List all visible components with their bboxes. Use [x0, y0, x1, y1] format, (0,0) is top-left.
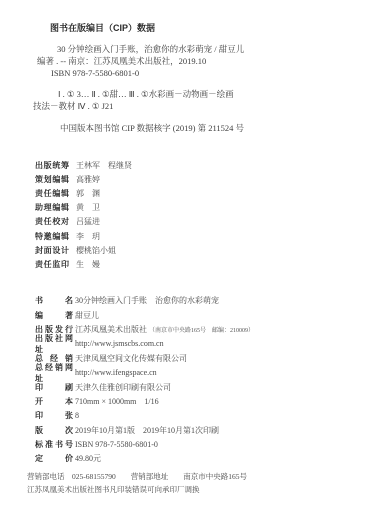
staff-value: 吕猛进 [76, 216, 100, 227]
cip-classification: Ⅰ . ① 3… Ⅱ . ①甜… Ⅲ . ①水彩画－动物画－绘画 技法－教材 Ⅳ… [35, 88, 357, 112]
book-imprint-info: 书名 30分钟绘画入门手账 治愈你的水彩萌宠 编著 甜豆儿 出版发行 江苏凤凰美… [35, 294, 357, 467]
book-info-row: 出版社网址 http://www.jsmscbs.com.cn [35, 337, 357, 351]
staff-value: 李 玥 [76, 231, 100, 242]
book-info-row: 印刷 天津久佳雅创印刷有限公司 [35, 380, 357, 394]
book-info-label: 出版社网址 [35, 333, 73, 355]
footer-exchange-line: 江苏凤凰美术出版社图书凡印装错误可向承印厂调换 [27, 484, 247, 497]
staff-row: 责任编辑 郭 渊 [35, 186, 357, 200]
copyright-page: 图书在版编目（CIP）数据 30 分钟绘画入门手账，治愈你的水彩萌宠 / 甜豆儿… [0, 0, 375, 517]
staff-label: 封面设计 [35, 245, 69, 256]
publisher-url: http://www.jsmscbs.com.cn [75, 339, 164, 348]
book-info-row: 编著 甜豆儿 [35, 308, 357, 322]
staff-row: 责任校对 吕猛进 [35, 215, 357, 229]
staff-value: 黄 卫 [76, 202, 100, 213]
book-info-label: 开本 [35, 396, 73, 407]
staff-label: 出版统筹 [35, 160, 69, 171]
cip-record-line: 编著 . -- 南京：江苏凤凰美术出版社，2019.10 [37, 55, 357, 67]
book-info-label: 印张 [35, 410, 73, 421]
book-info-value: 天津凤凰空间文化传媒有限公司 [75, 353, 187, 364]
book-info-row: 标准书号 ISBN 978-7-5580-6801-0 [35, 437, 357, 451]
book-info-row: 定价 49.80元 [35, 452, 357, 466]
staff-row: 策划编辑 高雅婷 [35, 172, 357, 186]
staff-value: 生 嫚 [76, 259, 100, 270]
book-info-value: 2019年10月第1版 2019年10月第1次印刷 [75, 425, 219, 436]
distributor-url: http://www.ifengspace.cn [75, 368, 157, 377]
staff-label: 责任校对 [35, 216, 69, 227]
book-info-label: 印刷 [35, 382, 73, 393]
staff-label: 特邀编辑 [35, 231, 69, 242]
staff-label: 责任编辑 [35, 188, 69, 199]
book-info-value: 8 [75, 411, 79, 420]
footer-marketing-line: 营销部电话 025-68155790 营销部地址 南京市中央路165号 [27, 471, 247, 484]
book-info-value: 甜豆儿 [75, 310, 99, 321]
cip-class-line: Ⅰ . ① 3… Ⅱ . ①甜… Ⅲ . ①水彩画－动物画－绘画 [58, 88, 357, 100]
isbn-value: ISBN 978-7-5580-6801-0 [75, 440, 158, 449]
staff-value: 郭 渊 [76, 188, 100, 199]
staff-row: 特邀编辑 李 玥 [35, 229, 357, 243]
staff-value: 樱桃馅小姐 [76, 245, 116, 256]
staff-label: 策划编辑 [35, 174, 69, 185]
staff-row: 出版统筹 王林军 程继贤 [35, 158, 357, 172]
book-info-row: 出版发行 江苏凤凰美术出版社 （南京市中央路165号 邮编：210009） [35, 322, 357, 336]
book-info-label: 版次 [35, 425, 73, 436]
cip-record: 30 分钟绘画入门手账，治愈你的水彩萌宠 / 甜豆儿 编著 . -- 南京：江苏… [35, 43, 357, 79]
staff-value: 王林军 程继贤 [76, 160, 132, 171]
book-info-label: 定价 [35, 453, 73, 464]
footer-notes: 营销部电话 025-68155790 营销部地址 南京市中央路165号 江苏凤凰… [27, 471, 247, 496]
book-info-row: 总经销网址 http://www.ifengspace.cn [35, 365, 357, 379]
publisher-address-note: （南京市中央路165号 邮编：210009） [149, 325, 254, 334]
book-info-label: 书名 [35, 295, 73, 306]
staff-row: 封面设计 樱桃馅小姐 [35, 243, 357, 257]
book-info-value: 30分钟绘画入门手账 治愈你的水彩萌宠 [75, 295, 219, 306]
book-info-value: 江苏凤凰美术出版社 [75, 324, 147, 335]
book-info-value: 天津久佳雅创印刷有限公司 [75, 382, 171, 393]
cip-record-line: ISBN 978-7-5580-6801-0 [51, 67, 357, 79]
book-info-row: 开本 710mm × 1000mm 1/16 [35, 394, 357, 408]
cip-registry-number: 中国版本图书馆 CIP 数据核字 (2019) 第 211524 号 [60, 122, 357, 134]
book-info-label: 编著 [35, 310, 73, 321]
staff-value: 高雅婷 [76, 174, 100, 185]
price-value: 49.80元 [75, 453, 101, 464]
staff-row: 助理编辑 黄 卫 [35, 201, 357, 215]
cip-heading: 图书在版编目（CIP）数据 [50, 22, 357, 34]
cip-record-line: 30 分钟绘画入门手账，治愈你的水彩萌宠 / 甜豆儿 [57, 43, 357, 55]
book-info-value: 710mm × 1000mm 1/16 [75, 396, 159, 407]
book-info-row: 版次 2019年10月第1版 2019年10月第1次印刷 [35, 423, 357, 437]
book-info-label: 标准书号 [35, 439, 73, 450]
book-info-row: 书名 30分钟绘画入门手账 治愈你的水彩萌宠 [35, 294, 357, 308]
staff-credits: 出版统筹 王林军 程继贤 策划编辑 高雅婷 责任编辑 郭 渊 助理编辑 黄 卫 … [35, 158, 357, 272]
staff-label: 责任监印 [35, 259, 69, 270]
book-info-row: 印张 8 [35, 409, 357, 423]
cip-class-line: 技法－教材 Ⅳ . ① J21 [33, 100, 357, 112]
book-info-row: 总经销 天津凤凰空间文化传媒有限公司 [35, 351, 357, 365]
book-info-label: 总经销网址 [35, 362, 73, 384]
page-content: 图书在版编目（CIP）数据 30 分钟绘画入门手账，治愈你的水彩萌宠 / 甜豆儿… [35, 22, 357, 466]
staff-label: 助理编辑 [35, 202, 69, 213]
staff-row: 责任监印 生 嫚 [35, 257, 357, 271]
